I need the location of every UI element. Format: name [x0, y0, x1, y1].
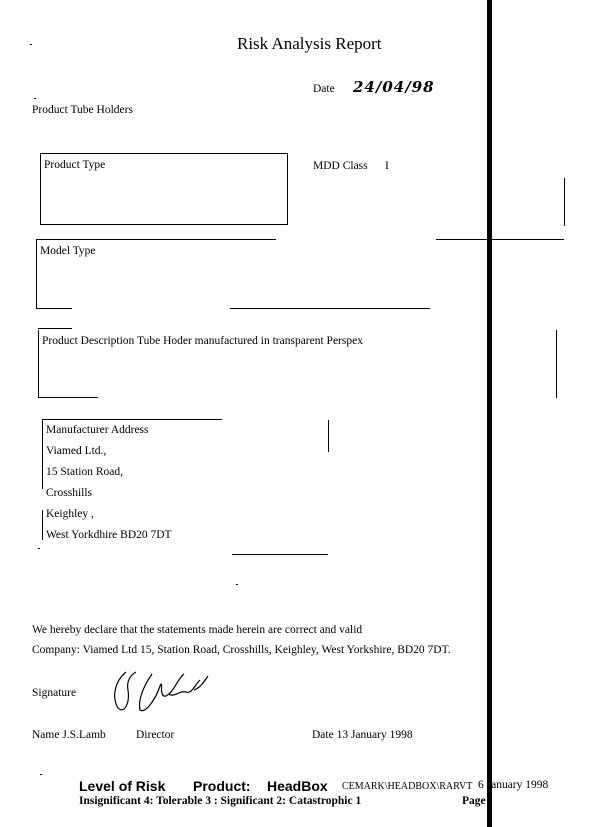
scan-speck [40, 774, 42, 775]
manufacturer-line: 15 Station Road, [46, 466, 123, 478]
line-fragment [436, 239, 564, 240]
model-type-bottom [230, 308, 430, 309]
footer-risk-scale: Insignificant 4: Tolerable 3 : Significa… [79, 795, 361, 807]
mdd-class-label: MDD Class [313, 160, 368, 172]
date-label: Date [313, 83, 335, 95]
desc-bottom [38, 397, 98, 398]
manufacturer-line: Viamed Ltd., [46, 445, 106, 457]
signature-label: Signature [32, 687, 76, 699]
company-line: Company: Viamed Ltd 15, Station Road, Cr… [32, 644, 451, 656]
model-type-top [36, 239, 276, 240]
manufacturer-line: Keighley , [46, 508, 94, 520]
footer-file-ref: CEMARK\HEADBOX\RARVT [342, 781, 472, 792]
handwritten-date: 24/04/98 [353, 78, 435, 96]
mfr-top [42, 419, 222, 420]
model-type-left [36, 239, 37, 309]
signed-date: Date 13 January 1998 [312, 729, 413, 741]
manufacturer-line: West Yorkdhire BD20 7DT [46, 529, 172, 541]
scan-artifact-bar [487, 0, 492, 827]
position: Director [136, 729, 174, 741]
scan-speck [30, 44, 32, 45]
mfr-right [328, 420, 329, 452]
model-type-label: Model Type [40, 245, 96, 257]
model-type-bottom [36, 308, 72, 309]
footer-product-label: Product: [193, 778, 251, 794]
mfr-bottom [232, 554, 328, 555]
footer-date: 6 January 1998 [478, 779, 548, 791]
footer-page-label: Page [462, 795, 486, 807]
page-title: Risk Analysis Report [237, 34, 382, 54]
mfr-left [42, 510, 43, 540]
product-type-label: Product Type [44, 159, 105, 171]
footer-product-name: HeadBox [267, 778, 328, 794]
product-line: Product Tube Holders [32, 104, 133, 116]
scan-speck [38, 548, 40, 549]
footer-level-of-risk: Level of Risk [79, 778, 165, 794]
line-fragment [556, 330, 557, 398]
scan-speck [34, 98, 36, 99]
manufacturer-line: Crosshills [46, 487, 92, 499]
mdd-class-value: I [385, 160, 389, 172]
scan-speck [236, 584, 238, 585]
mfr-left [42, 419, 43, 489]
manufacturer-label: Manufacturer Address [46, 424, 149, 436]
desc-top [38, 328, 72, 329]
declaration-text: We hereby declare that the statements ma… [32, 624, 362, 636]
desc-left [38, 330, 39, 398]
product-type-box: Product Type [40, 153, 288, 225]
signature-image [104, 668, 214, 716]
product-description: Product Description Tube Hoder manufactu… [42, 335, 363, 347]
line-fragment [564, 178, 565, 226]
name-line: Name J.S.Lamb [32, 729, 106, 741]
